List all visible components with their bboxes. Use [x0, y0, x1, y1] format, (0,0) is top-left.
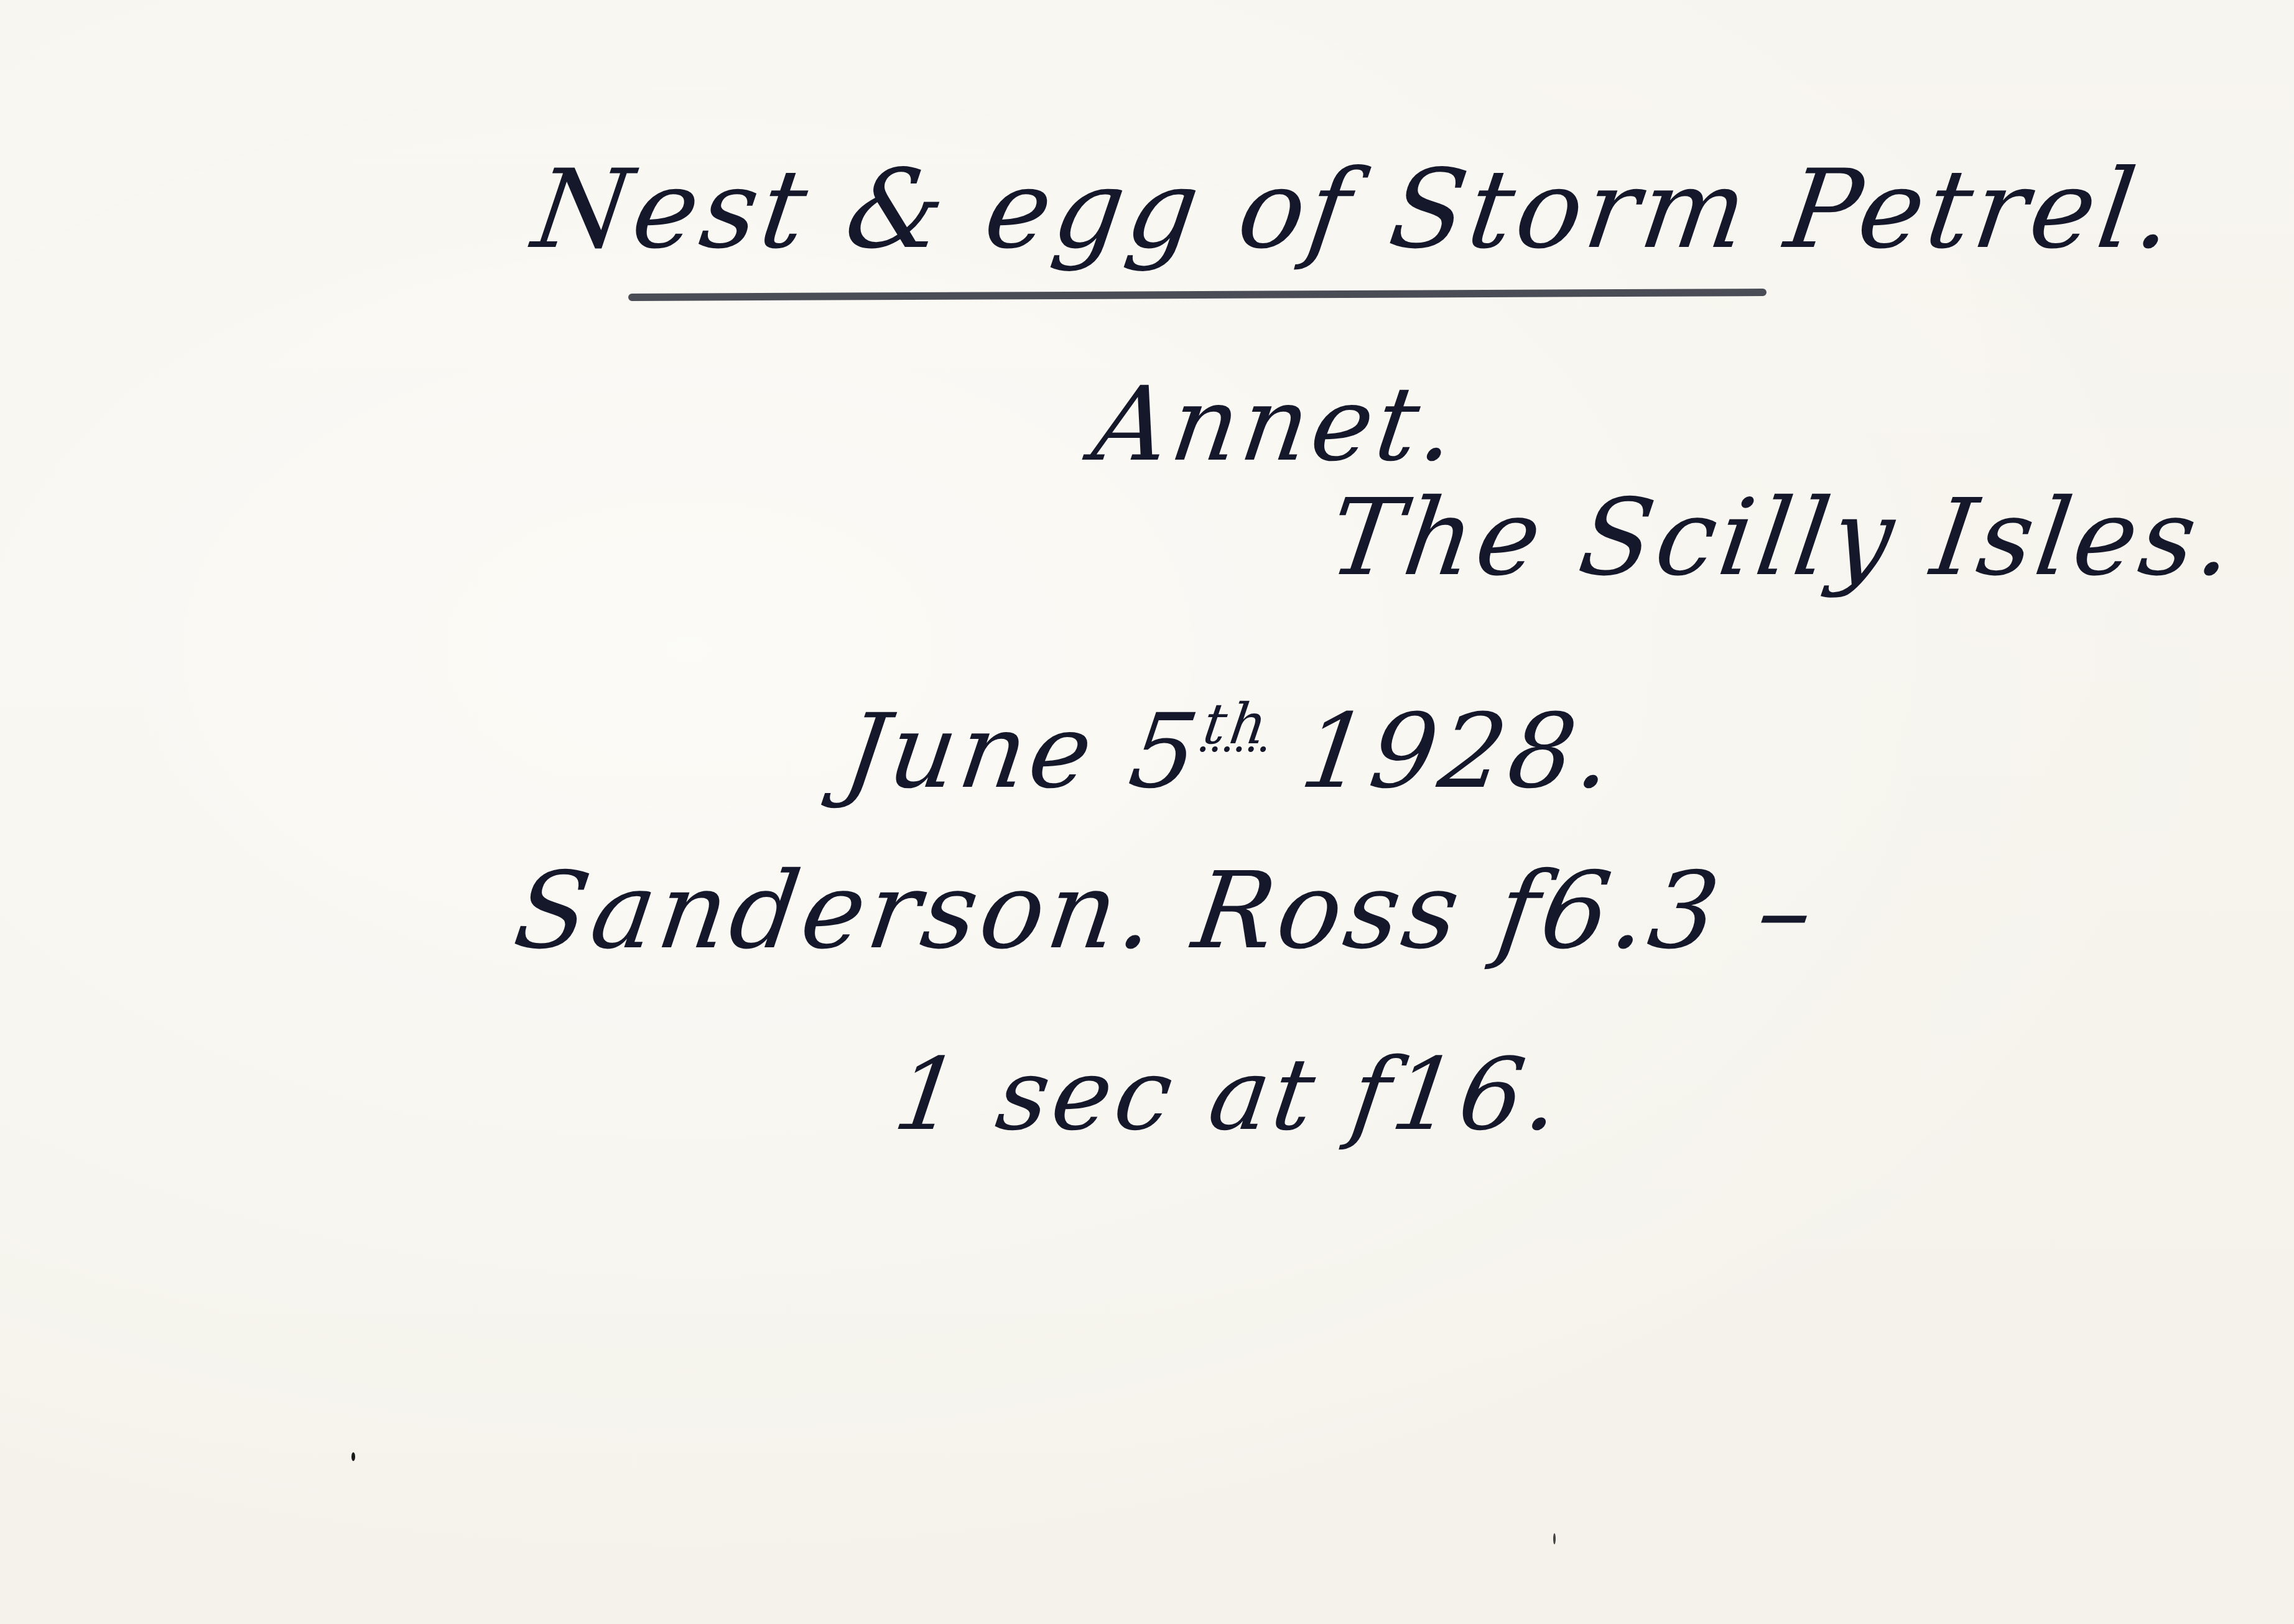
- title-underline: [628, 289, 1767, 301]
- ink-speck: [351, 1452, 355, 1461]
- note-card: Nest & egg of Storm Petrel. Annet. The S…: [0, 0, 2294, 1624]
- camera-lens-line: Sanderson. Ross f6.3 –: [509, 858, 1823, 964]
- date-year: 1928.: [1258, 692, 1623, 811]
- ink-speck: [1553, 1533, 1556, 1544]
- location-region: The Scilly Isles.: [1324, 485, 2244, 591]
- date-day-month: June 5: [837, 692, 1209, 811]
- date-ordinal: th: [1199, 692, 1275, 757]
- location-island: Annet.: [1087, 373, 1465, 476]
- date-line: June 5th 1928.: [838, 697, 1623, 803]
- note-title: Nest & egg of Storm Petrel.: [527, 155, 2184, 264]
- exposure-line: 1 sec at f16.: [889, 1045, 1570, 1144]
